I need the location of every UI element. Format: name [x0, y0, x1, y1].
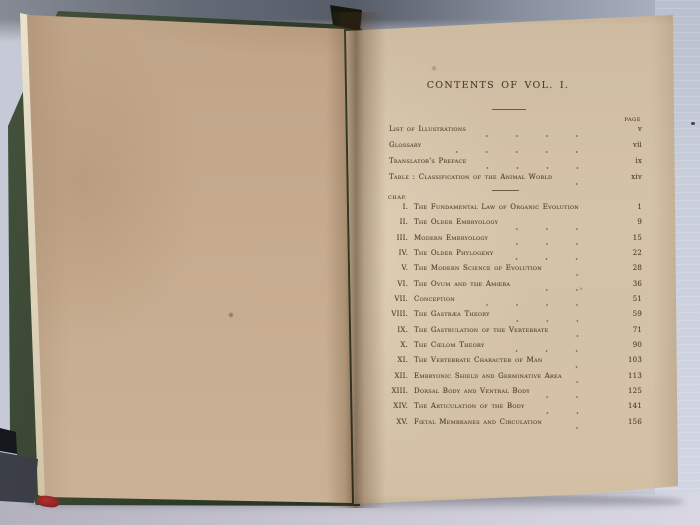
entry-page-number: 9: [612, 218, 642, 226]
dot-leader: [500, 241, 605, 246]
chapter-numeral: I.: [384, 203, 408, 211]
toc-chapter-row: VI. The Ovum and the Amœba 36: [384, 280, 642, 295]
toc-front-matter-row: Table : Classification of the Animal Wor…: [384, 173, 642, 189]
chapter-numeral: VIII.: [384, 310, 408, 318]
entry-page-number: 15: [612, 234, 642, 242]
entry-page-number: 36: [612, 280, 642, 288]
toc-chapter-row: XI. The Vertebrate Character of Man 103: [384, 356, 642, 371]
entry-title: The Gastrulation of the Vertebrate: [414, 326, 549, 334]
dot-leader: [591, 210, 605, 215]
dot-leader: [479, 165, 605, 170]
entry-title: Embryonic Shield and Germinative Area: [414, 372, 562, 380]
toc-chapter-row: XIII. Dorsal Body and Ventral Body 125: [384, 387, 642, 402]
dot-leader: [522, 287, 605, 292]
toc-chapter-row: III. Modern Embryology 15: [384, 234, 642, 249]
chapter-numeral: XI.: [384, 356, 408, 364]
chapter-list: I. The Fundamental Law of Organic Evolut…: [384, 203, 642, 433]
entry-title: The Older Embryology: [414, 218, 498, 226]
dot-leader: [496, 348, 605, 353]
toc-chapter-row: X. The Cœlom Theory 90: [384, 341, 642, 356]
entry-title: The Articulation of the Body: [414, 402, 525, 410]
entry-page-number: 156: [612, 418, 642, 426]
toc-chapter-row: VIII. The Gastræa Theory 59: [384, 310, 642, 325]
toc-chapter-row: I. The Fundamental Law of Organic Evolut…: [384, 203, 642, 218]
toc-chapter-row: XV. Fœtal Membranes and Circulation 156: [384, 418, 642, 433]
entry-page-number: 71: [612, 326, 642, 334]
entry-title: The Modern Science of Evolution: [414, 264, 542, 272]
chapter-numeral: XIII.: [384, 387, 408, 395]
entry-page-number: 141: [612, 402, 642, 410]
chapter-numeral: XII.: [384, 372, 408, 380]
divider-rule: [492, 109, 526, 110]
dot-leader: [537, 410, 605, 415]
gutter-shadow: [326, 12, 386, 508]
toc-front-matter-row: List of Illustrations v: [384, 125, 642, 141]
toc-chapter-row: IV. The Older Phylogeny 22: [384, 249, 642, 264]
entry-title: Modern Embryology: [414, 234, 488, 242]
entry-title: Dorsal Body and Ventral Body: [414, 387, 530, 395]
entry-title: Table : Classification of the Animal Wor…: [389, 173, 552, 181]
toc-chapter-row: IX. The Gastrulation of the Vertebrate 7…: [384, 326, 642, 341]
table-of-contents: CONTENTS OF VOL. I. PAGE List of Illustr…: [384, 80, 642, 433]
toc-chapter-row: VII. Conception 51: [384, 295, 642, 310]
front-matter-list: List of Illustrations v Glossary vii Tra…: [384, 125, 642, 189]
chapter-numeral: VI.: [384, 280, 408, 288]
toc-chapter-row: V. The Modern Science of Evolution 28: [384, 264, 642, 279]
entry-title: The Fundamental Law of Organic Evolution: [414, 203, 579, 211]
entry-title: Conception: [414, 295, 455, 303]
entry-title: Fœtal Membranes and Circulation: [414, 418, 542, 426]
dot-leader: [502, 318, 605, 323]
dot-leader: [574, 379, 605, 384]
entry-page-number: ix: [612, 157, 642, 165]
entry-page-number: 90: [612, 341, 642, 349]
chapter-numeral: IX.: [384, 326, 408, 334]
chapter-column-label: CHAP.: [388, 195, 642, 201]
dot-leader: [505, 256, 605, 261]
chapter-numeral: VII.: [384, 295, 408, 303]
chapter-numeral: III.: [384, 234, 408, 242]
sill-speck: [691, 122, 695, 125]
entry-page-number: 125: [612, 387, 642, 395]
entry-title: The Older Phylogeny: [414, 249, 493, 257]
dot-leader: [564, 181, 605, 186]
chapter-numeral: XIV.: [384, 402, 408, 410]
entry-page-number: xiv: [612, 173, 642, 181]
dot-leader: [467, 302, 605, 307]
entry-title: Glossary: [389, 141, 421, 149]
entry-title: Translator's Preface: [389, 157, 467, 165]
entry-page-number: 51: [612, 295, 642, 303]
entry-page-number: 59: [612, 310, 642, 318]
dot-leader: [554, 425, 605, 430]
entry-title: List of Illustrations: [389, 125, 466, 133]
entry-page-number: 1: [612, 203, 642, 211]
toc-chapter-row: XII. Embryonic Shield and Germinative Ar…: [384, 372, 642, 387]
toc-front-matter-row: Glossary vii: [384, 141, 642, 157]
entry-title: The Gastræa Theory: [414, 310, 490, 318]
entry-page-number: v: [612, 125, 642, 133]
chapter-numeral: XV.: [384, 418, 408, 426]
toc-chapter-row: XIV. The Articulation of the Body 141: [384, 402, 642, 417]
entry-page-number: 28: [612, 264, 642, 272]
dot-leader: [554, 364, 605, 369]
entry-title: The Cœlom Theory: [414, 341, 484, 349]
dot-leader: [510, 226, 605, 231]
dot-leader: [561, 333, 605, 338]
entry-title: The Ovum and the Amœba: [414, 280, 510, 288]
page-column-label: PAGE: [384, 117, 641, 123]
chapter-numeral: X.: [384, 341, 408, 349]
entry-page-number: 103: [612, 356, 642, 364]
entry-page-number: 113: [612, 372, 642, 380]
entry-page-number: 22: [612, 249, 642, 257]
entry-page-number: vii: [612, 141, 642, 149]
chapter-numeral: II.: [384, 218, 408, 226]
chapter-numeral: V.: [384, 264, 408, 272]
dot-leader: [433, 149, 605, 154]
dot-leader: [478, 133, 605, 138]
page-title: CONTENTS OF VOL. I.: [384, 80, 642, 91]
toc-chapter-row: II. The Older Embryology 9: [384, 218, 642, 233]
photo-open-book: CONTENTS OF VOL. I. PAGE List of Illustr…: [0, 0, 700, 525]
divider-rule: [492, 190, 519, 191]
toc-front-matter-row: Translator's Preface ix: [384, 157, 642, 173]
entry-title: The Vertebrate Character of Man: [414, 356, 542, 364]
chapter-numeral: IV.: [384, 249, 408, 257]
dot-leader: [554, 272, 605, 277]
dot-leader: [542, 394, 605, 399]
